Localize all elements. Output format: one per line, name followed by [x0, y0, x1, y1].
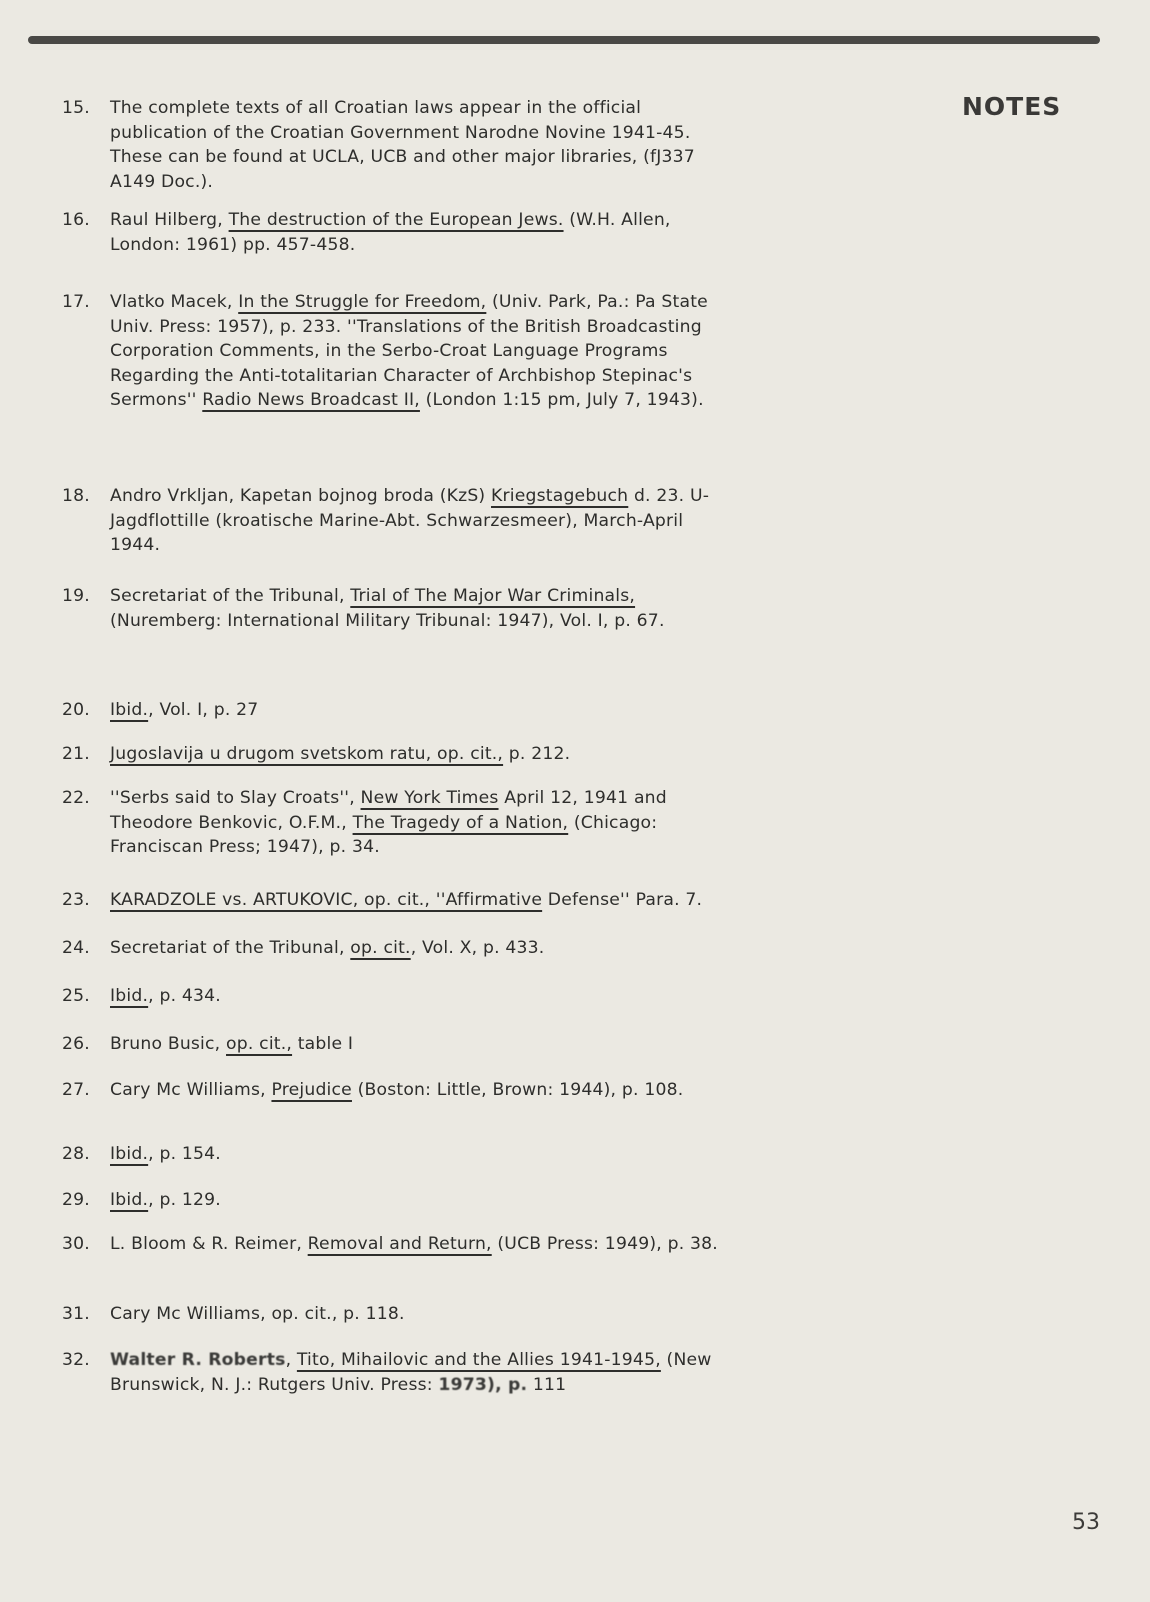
footnote-text: Cary Mc Williams, op. cit., p. 118. — [110, 1302, 730, 1327]
underlined-title: Ibid. — [110, 700, 148, 720]
footnote-text: KARADZOLE vs. ARTUKOVIC, op. cit., ''Aff… — [110, 888, 730, 913]
citation-text: (Boston: Little, Brown: 1944), p. 108. — [352, 1080, 683, 1100]
footnote-number: 27. — [62, 1078, 108, 1103]
footnote-number: 16. — [62, 208, 108, 233]
footnote-item: 19.Secretariat of the Tribunal, Trial of… — [62, 584, 730, 633]
footnote-text: Ibid., Vol. I, p. 27 — [110, 698, 730, 723]
footnote-number: 17. — [62, 290, 108, 315]
footnote-text: The complete texts of all Croatian laws … — [110, 96, 730, 194]
citation-text: table I — [292, 1034, 353, 1054]
citation-text: Raul Hilberg, — [110, 210, 229, 230]
underlined-title: KARADZOLE vs. ARTUKOVIC, op. cit., ''Aff… — [110, 890, 542, 910]
footnote-item: 18.Andro Vrkljan, Kapetan bojnog broda (… — [62, 484, 730, 558]
footnote-number: 30. — [62, 1232, 108, 1257]
footnote-item: 29.Ibid., p. 129. — [62, 1188, 730, 1213]
footnote-text: Secretariat of the Tribunal, op. cit., V… — [110, 936, 730, 961]
footnote-text: Secretariat of the Tribunal, Trial of Th… — [110, 584, 730, 633]
citation-text: Secretariat of the Tribunal, — [110, 938, 350, 958]
footnote-number: 18. — [62, 484, 108, 509]
footnote-number: 31. — [62, 1302, 108, 1327]
citation-text: (London 1:15 pm, July 7, 1943). — [420, 390, 704, 410]
underlined-title: The Tragedy of a Nation, — [353, 813, 569, 833]
citation-text: Bruno Busic, — [110, 1034, 226, 1054]
citation-text: , p. 129. — [148, 1190, 221, 1210]
underlined-title: Ibid. — [110, 1144, 148, 1164]
footnote-item: 30.L. Bloom & R. Reimer, Removal and Ret… — [62, 1232, 730, 1257]
underlined-title: Tito, Mihailovic and the Allies 1941-194… — [297, 1350, 661, 1370]
footnote-item: 28.Ibid., p. 154. — [62, 1142, 730, 1167]
footnote-number: 22. — [62, 786, 108, 811]
citation-text: , p. 154. — [148, 1144, 221, 1164]
footnote-item: 22.''Serbs said to Slay Croats'', New Yo… — [62, 786, 730, 860]
footnote-number: 19. — [62, 584, 108, 609]
footnote-item: 23.KARADZOLE vs. ARTUKOVIC, op. cit., ''… — [62, 888, 730, 913]
footnote-text: Ibid., p. 434. — [110, 984, 730, 1009]
footnote-item: 27.Cary Mc Williams, Prejudice (Boston: … — [62, 1078, 730, 1103]
underlined-title: Kriegstagebuch — [491, 486, 628, 506]
underlined-title: In the Struggle for Freedom, — [238, 292, 486, 312]
footnote-text: ''Serbs said to Slay Croats'', New York … — [110, 786, 730, 860]
footnote-text: Ibid., p. 154. — [110, 1142, 730, 1167]
citation-text: , p. 434. — [148, 986, 221, 1006]
footnote-item: 15.The complete texts of all Croatian la… — [62, 96, 730, 194]
citation-text: 111 — [527, 1375, 566, 1395]
footnote-item: 32.Walter R. Roberts, Tito, Mihailovic a… — [62, 1348, 730, 1397]
underlined-title: op. cit. — [350, 938, 410, 958]
citation-text: Vlatko Macek, — [110, 292, 238, 312]
citation-text: Cary Mc Williams, — [110, 1080, 271, 1100]
underlined-title: Ibid. — [110, 1190, 148, 1210]
footnote-item: 25.Ibid., p. 434. — [62, 984, 730, 1009]
footnote-text: Andro Vrkljan, Kapetan bojnog broda (KzS… — [110, 484, 730, 558]
underlined-title: Jugoslavija u drugom svetskom ratu, op. … — [110, 744, 503, 764]
citation-text: , — [286, 1350, 297, 1370]
underlined-title: Trial of The Major War Criminals, — [350, 586, 635, 606]
citation-text: (UCB Press: 1949), p. 38. — [492, 1234, 718, 1254]
footnote-item: 17.Vlatko Macek, In the Struggle for Fre… — [62, 290, 730, 413]
footnote-number: 23. — [62, 888, 108, 913]
underlined-title: Ibid. — [110, 986, 148, 1006]
footnote-number: 20. — [62, 698, 108, 723]
footnote-item: 31.Cary Mc Williams, op. cit., p. 118. — [62, 1302, 730, 1327]
underlined-title: Prejudice — [271, 1080, 352, 1100]
footnote-text: Cary Mc Williams, Prejudice (Boston: Lit… — [110, 1078, 730, 1103]
page-number: 53 — [1072, 1510, 1100, 1535]
footnote-text: L. Bloom & R. Reimer, Removal and Return… — [110, 1232, 730, 1257]
footnote-text: Bruno Busic, op. cit., table I — [110, 1032, 730, 1057]
footnote-text: Ibid., p. 129. — [110, 1188, 730, 1213]
citation-text: Secretariat of the Tribunal, — [110, 586, 350, 606]
footnote-item: 20.Ibid., Vol. I, p. 27 — [62, 698, 730, 723]
underlined-title: Radio News Broadcast II, — [202, 390, 420, 410]
citation-text: Cary Mc Williams, op. cit., p. 118. — [110, 1304, 405, 1324]
footnote-item: 24.Secretariat of the Tribunal, op. cit.… — [62, 936, 730, 961]
underlined-title: op. cit., — [226, 1034, 292, 1054]
citation-text: Defense'' Para. 7. — [542, 890, 702, 910]
citation-text: 1973), p. — [438, 1375, 527, 1395]
citation-text: , Vol. X, p. 433. — [411, 938, 545, 958]
footnote-number: 26. — [62, 1032, 108, 1057]
citation-text: The complete texts of all Croatian laws … — [110, 98, 695, 192]
footnote-number: 25. — [62, 984, 108, 1009]
footnote-number: 32. — [62, 1348, 108, 1373]
footnote-text: Raul Hilberg, The destruction of the Eur… — [110, 208, 730, 257]
underlined-title: Removal and Return, — [308, 1234, 492, 1254]
citation-text: Walter R. Roberts — [110, 1350, 286, 1370]
footnote-text: Vlatko Macek, In the Struggle for Freedo… — [110, 290, 730, 413]
top-rule — [28, 36, 1100, 44]
footnote-number: 28. — [62, 1142, 108, 1167]
underlined-title: The destruction of the European Jews. — [229, 210, 564, 230]
underlined-title: New York Times — [361, 788, 499, 808]
citation-text: p. 212. — [503, 744, 570, 764]
citation-text: , Vol. I, p. 27 — [148, 700, 258, 720]
citation-text: (Nuremberg: International Military Tribu… — [110, 611, 665, 631]
footnote-text: Jugoslavija u drugom svetskom ratu, op. … — [110, 742, 730, 767]
footnote-item: 21.Jugoslavija u drugom svetskom ratu, o… — [62, 742, 730, 767]
citation-text: L. Bloom & R. Reimer, — [110, 1234, 308, 1254]
footnote-item: 26.Bruno Busic, op. cit., table I — [62, 1032, 730, 1057]
footnote-number: 15. — [62, 96, 108, 121]
citation-text: Andro Vrkljan, Kapetan bojnog broda (KzS… — [110, 486, 491, 506]
footnote-text: Walter R. Roberts, Tito, Mihailovic and … — [110, 1348, 730, 1397]
footnote-number: 29. — [62, 1188, 108, 1213]
page-title: NOTES — [962, 92, 1061, 121]
footnote-item: 16.Raul Hilberg, The destruction of the … — [62, 208, 730, 257]
footnote-number: 24. — [62, 936, 108, 961]
citation-text: ''Serbs said to Slay Croats'', — [110, 788, 361, 808]
footnote-number: 21. — [62, 742, 108, 767]
